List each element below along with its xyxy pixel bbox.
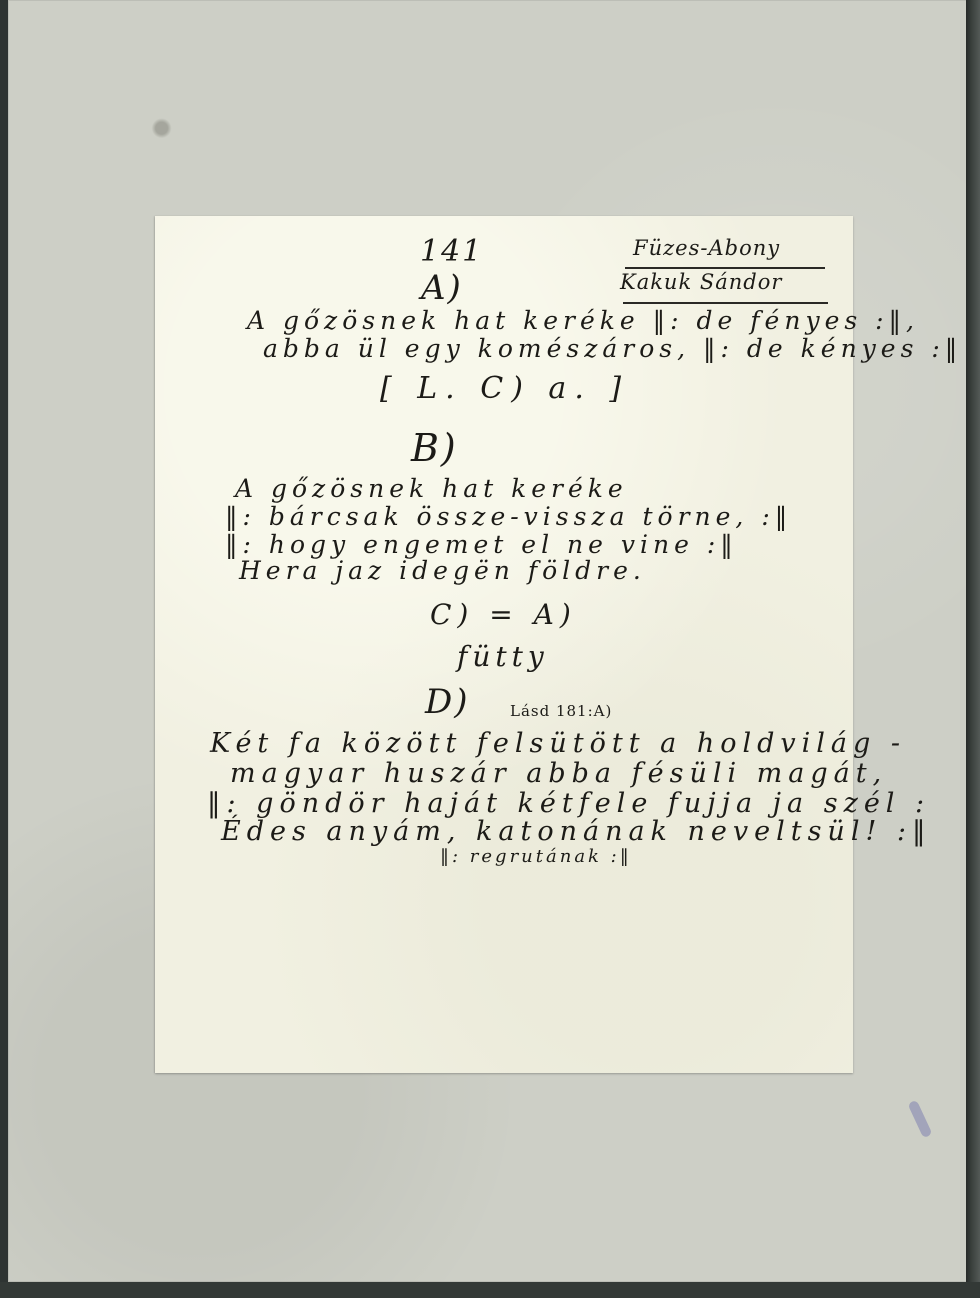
section-b-line-1: A gőzösnek hat keréke (235, 474, 628, 503)
section-b-line-3: ‖: hogy engemet el ne vine :‖ (225, 530, 738, 559)
section-d-line-1: Két fa között felsütött a holdvilág - (210, 728, 906, 759)
section-d-line-3: ‖: göndör haját kétfele fujja ja szél : (207, 788, 930, 819)
collector-underline (623, 302, 828, 304)
section-b-label: B) (411, 426, 458, 470)
section-c-label: C) = A) (430, 598, 577, 631)
card-edge-right (966, 0, 980, 1298)
section-a-label: A) (421, 268, 463, 308)
section-d-line-4: Édes anyám, katonának neveltsül! :‖ (221, 816, 932, 847)
collector: Kakuk Sándor (620, 270, 782, 294)
section-b-line-2: ‖: bárcsak össze-vissza törne, :‖ (225, 502, 792, 531)
section-d-line-2: magyar huszár abba fésüli magát, (230, 758, 887, 789)
section-b-line-4: Hera jaz idegën földre. (239, 556, 646, 585)
location-underline (625, 267, 825, 269)
section-d-label: D) (425, 682, 470, 722)
section-d-reference: Lásd 181:A) (510, 702, 612, 720)
section-a-note: [ L. C) a. ] (380, 371, 629, 406)
page-number: 141 (420, 234, 483, 269)
card-edge-bottom (0, 1282, 980, 1298)
section-a-line-2: abba ül egy komészáros, ‖: de kényes :‖ (263, 334, 962, 363)
section-c-line-1: fütty (457, 640, 549, 673)
manuscript-sheet: 141 Füzes-Abony Kakuk Sándor A) A gőzösn… (155, 216, 853, 1073)
location: Füzes-Abony (633, 236, 780, 260)
section-a-line-1: A gőzösnek hat keréke ‖: de fényes :‖, (247, 306, 919, 335)
section-d-line-5: ‖: regrutának :‖ (440, 846, 632, 867)
